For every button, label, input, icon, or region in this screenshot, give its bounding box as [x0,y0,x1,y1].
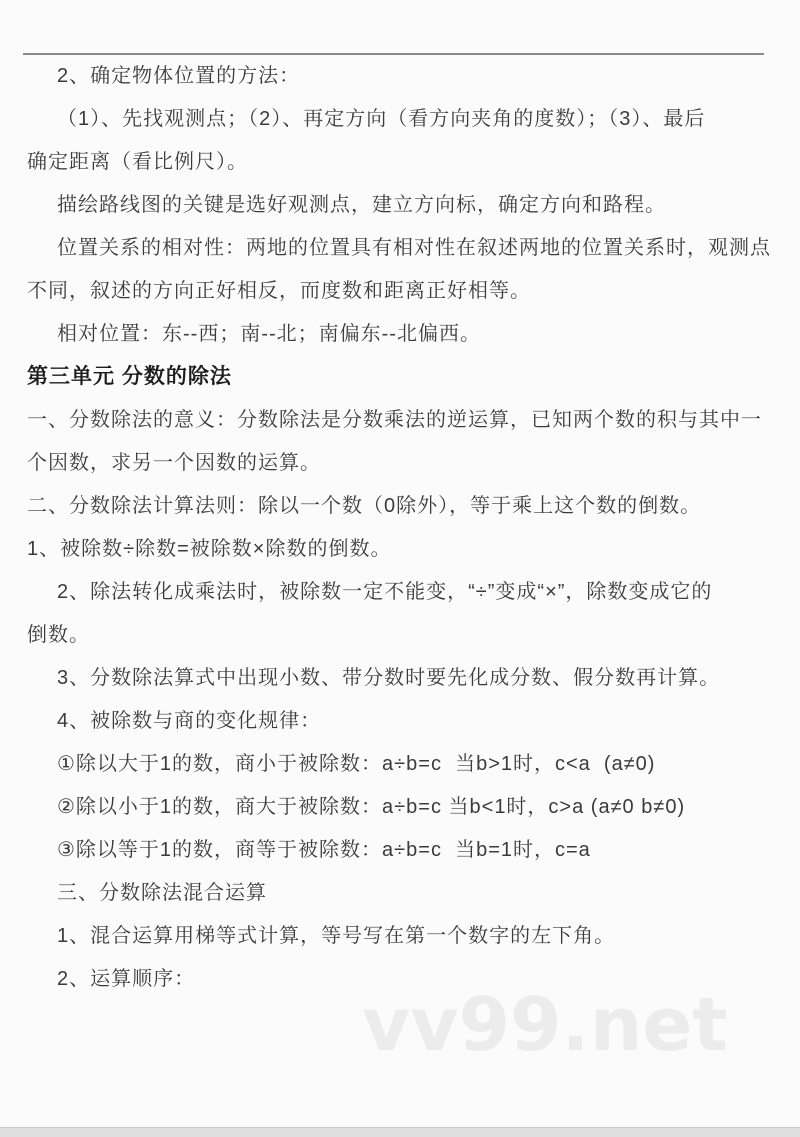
document-content: 2、确定物体位置的方法： （1）、先找观测点；（2）、再定方向（看方向夹角的度数… [27,54,772,1000]
document-page: 2、确定物体位置的方法： （1）、先找观测点；（2）、再定方向（看方向夹角的度数… [0,0,800,1137]
text-line: （1）、先找观测点；（2）、再定方向（看方向夹角的度数）；（3）、最后 [27,97,772,140]
text-line: 2、除法转化成乘法时，被除数一定不能变，“÷”变成“×”，除数变成它的 [27,570,772,613]
text-line: 一、分数除法的意义：分数除法是分数乘法的逆运算，已知两个数的积与其中一 [27,398,772,441]
text-line: ①除以大于1的数，商小于被除数：a÷b=c 当b>1时，c<a (a≠0) [27,742,772,785]
text-line: 倒数。 [27,613,772,656]
text-line: 3、分数除法算式中出现小数、带分数时要先化成分数、假分数再计算。 [27,656,772,699]
text-line: 二、分数除法计算法则：除以一个数（0除外），等于乘上这个数的倒数。 [27,484,772,527]
text-line: ②除以小于1的数，商大于被除数：a÷b=c 当b<1时，c>a (a≠0 b≠0… [27,785,772,828]
text-line: 个因数，求另一个因数的运算。 [27,441,772,484]
text-line: 1、混合运算用梯等式计算，等号写在第一个数字的左下角。 [27,914,772,957]
text-line: 确定距离（看比例尺）。 [27,140,772,183]
text-line: 2、确定物体位置的方法： [27,54,772,97]
text-line: ③除以等于1的数，商等于被除数：a÷b=c 当b=1时，c=a [27,828,772,871]
text-line: 1、被除数÷除数=被除数×除数的倒数。 [27,527,772,570]
text-line: 描绘路线图的关键是选好观测点，建立方向标，确定方向和路程。 [27,183,772,226]
watermark: vv99.net [362,988,728,1062]
text-line: 位置关系的相对性：两地的位置具有相对性在叙述两地的位置关系时，观测点 [27,226,772,269]
section-heading: 第三单元 分数的除法 [27,355,772,398]
text-line: 三、分数除法混合运算 [27,871,772,914]
text-line: 4、被除数与商的变化规律： [27,699,772,742]
text-line: 不同，叙述的方向正好相反，而度数和距离正好相等。 [27,269,772,312]
text-line: 相对位置：东--西；南--北；南偏东--北偏西。 [27,312,772,355]
page-bottom-bar [0,1127,800,1137]
